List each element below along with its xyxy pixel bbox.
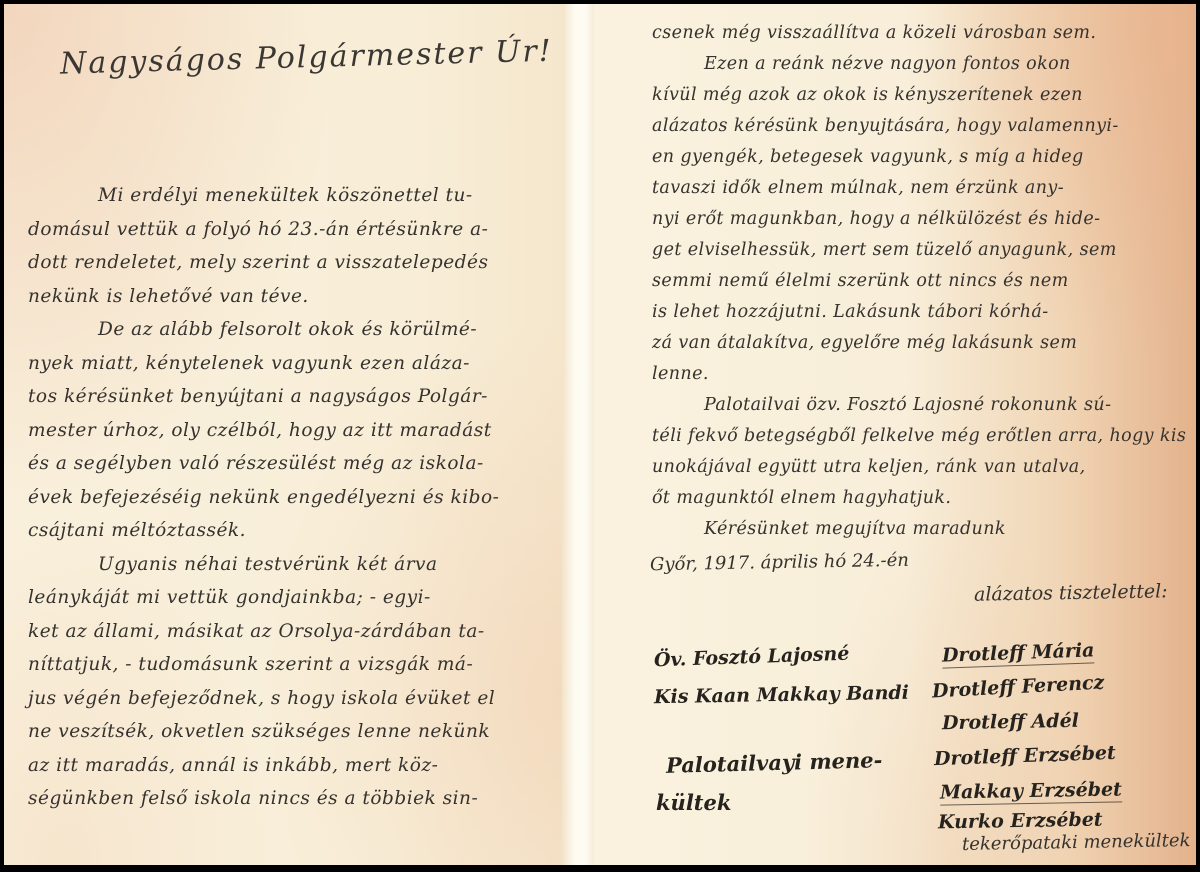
signature: Kurko Erzsébet xyxy=(938,809,1103,834)
text-line: nekünk is lehetővé van téve. xyxy=(28,280,562,314)
text-line: ségünkben felső iskola nincs és a többie… xyxy=(28,782,562,816)
text-line: csájtani méltóztassék. xyxy=(28,514,562,548)
signature: Drotleff Mária xyxy=(942,639,1095,668)
signature: Drotleff Ferencz xyxy=(932,672,1105,703)
text-line: tos kérésünket benyújtani a nagyságos Po… xyxy=(28,380,562,414)
signature: Makkay Erzsébet xyxy=(940,778,1122,805)
left-page-body: Mi erdélyi menekültek köszönettel tu- do… xyxy=(28,179,562,816)
text-line: téli fekvő betegségből felkelve még erőt… xyxy=(652,421,1196,452)
text-line: ne veszítsék, okvetlen szükséges lenne n… xyxy=(28,715,562,749)
dateline: Győr, 1917. április hó 24.-én xyxy=(650,550,909,576)
text-line: Mi erdélyi menekültek köszönettel tu- xyxy=(98,179,562,213)
text-line: az itt maradás, annál is inkább, mert kö… xyxy=(28,749,562,783)
text-line: zá van átalakítva, egyelőre még lakásunk… xyxy=(652,328,1196,359)
text-line: De az alább felsorolt okok és körülmé- xyxy=(98,313,562,347)
text-line: tavaszi idők elnem múlnak, nem érzünk an… xyxy=(652,173,1196,204)
scanned-letter-document: { "colors": { "ink": "#35322e", "paper_l… xyxy=(0,0,1200,872)
text-line: alázatos kérésünk benyujtására, hogy val… xyxy=(652,111,1196,142)
text-line: kívül még azok az okok is kényszerítenek… xyxy=(652,80,1196,111)
signature: Drotleff Erzsébet xyxy=(934,742,1116,770)
page-gutter xyxy=(562,4,594,865)
text-line: lenne. xyxy=(652,359,1196,390)
text-line: jus végén befejeződnek, s hogy iskola év… xyxy=(28,682,562,716)
text-line: ket az állami, másikat az Orsolya-zárdáb… xyxy=(28,615,562,649)
text-line: dott rendeletet, mely szerint a visszate… xyxy=(28,246,562,280)
right-page-body: csenek még visszaállítva a közeli városb… xyxy=(652,18,1196,545)
text-line: Palotailvai özv. Fosztó Lajosné rokonunk… xyxy=(704,390,1196,421)
text-line: nyek miatt, kénytelenek vagyunk ezen alá… xyxy=(28,347,562,381)
text-line: őt magunktól elnem hagyhatjuk. xyxy=(652,483,1196,514)
text-line: évek befejezéséig nekünk engedélyezni és… xyxy=(28,481,562,515)
text-line: Ezen a reánk nézve nagyon fontos okon xyxy=(704,49,1196,80)
text-line: domásul vettük a folyó hó 23.-án értésün… xyxy=(28,213,562,247)
text-line: mester úrhoz, oly czélból, hogy az itt m… xyxy=(28,414,562,448)
text-line: leánykáját mi vettük gondjainkba; - egyi… xyxy=(28,581,562,615)
text-line: és a segélyben való részesülést még az i… xyxy=(28,447,562,481)
text-line: is lehet hozzájutni. Lakásunk tábori kór… xyxy=(652,297,1196,328)
salutation: Nagyságos Polgármester Úr! xyxy=(60,33,562,81)
text-line: níttatjuk, - tudomásunk szerint a vizsgá… xyxy=(28,648,562,682)
letter-page-right: csenek még visszaállítva a közeli városb… xyxy=(594,4,1196,865)
text-line: csenek még visszaállítva a közeli városb… xyxy=(652,18,1196,49)
letter-page-left: Nagyságos Polgármester Úr! Mi erdélyi me… xyxy=(4,4,562,865)
text-line: get elviselhessük, mert sem tüzelő anyag… xyxy=(652,235,1196,266)
text-line: Ugyanis néhai testvérünk két árva xyxy=(98,548,562,582)
signature: Öv. Fosztó Lajosné xyxy=(654,643,850,672)
text-line: unokájával együtt utra keljen, ránk van … xyxy=(652,452,1196,483)
text-line: en gyengék, betegesek vagyunk, s míg a h… xyxy=(652,142,1196,173)
refugee-group-note: tekerőpataki menekültek xyxy=(962,830,1191,855)
text-line: Kérésünket megujítva maradunk xyxy=(704,514,1196,545)
signature: Palotailvayi mene- xyxy=(666,747,883,778)
text-line: nyi erőt magunkban, hogy a nélkülözést é… xyxy=(652,204,1196,235)
valediction: alázatos tisztelettel: xyxy=(974,580,1168,605)
signature: kültek xyxy=(656,790,731,815)
signature: Kis Kaan Makkay Bandi xyxy=(654,682,909,708)
signature: Drotleff Adél xyxy=(942,710,1079,734)
text-line: semmi nemű élelmi szerünk ott nincs és n… xyxy=(652,266,1196,297)
